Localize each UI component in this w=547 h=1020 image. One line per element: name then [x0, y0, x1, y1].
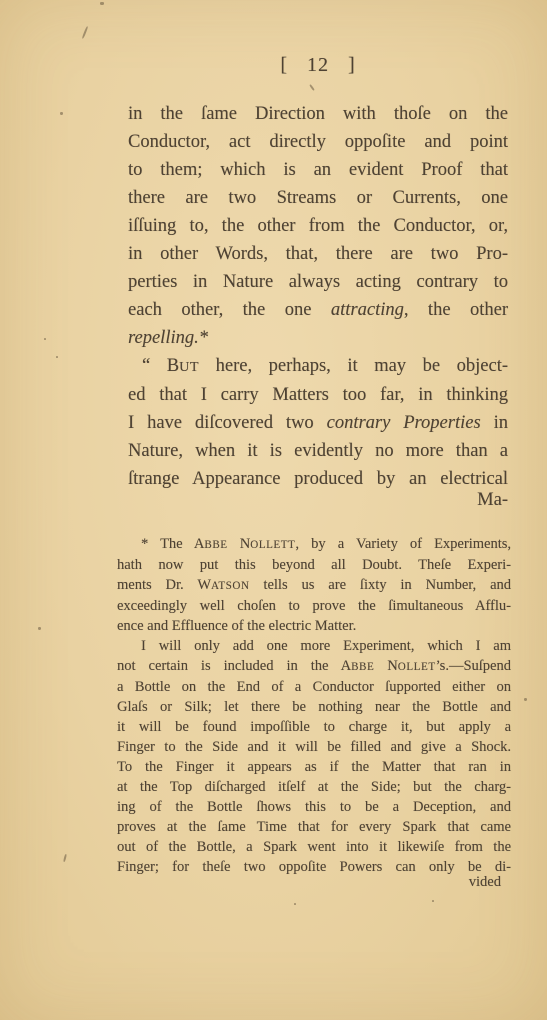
- text-line: ence and Effluence of the electric Matte…: [117, 616, 511, 636]
- scan-speck: [294, 903, 296, 905]
- text-line: Conductor, act directly oppoſite and poi…: [128, 128, 508, 156]
- text-line: hath now put this beyond all Doubt. Theſ…: [117, 555, 511, 575]
- text-line: To the Finger it appears as if the Matte…: [117, 757, 511, 777]
- scan-speck: [100, 2, 104, 5]
- text-line: in the ſame Direction with thoſe on the: [128, 100, 508, 128]
- scan-speck: [60, 112, 63, 115]
- catchword-main: Ma-: [128, 490, 508, 511]
- text-line: proves at the ſame Time that for every S…: [117, 817, 511, 837]
- main-text: in the ſame Direction with thoſe on theC…: [128, 100, 508, 493]
- scan-speck: [38, 627, 41, 630]
- text-line: there are two Streams or Currents, one: [128, 184, 508, 212]
- text-line: ed that I carry Matters too far, in thin…: [128, 381, 508, 409]
- text-line: Nature, when it is evidently no more tha…: [128, 437, 508, 465]
- scan-speck: [432, 900, 434, 902]
- scan-speck: [82, 26, 89, 39]
- text-line: each other, the one attracting, the othe…: [128, 296, 508, 324]
- scan-speck: [44, 338, 46, 340]
- text-line: a Bottle on the End of a Conductor ſuppo…: [117, 677, 511, 697]
- text-line: to them; which is an evident Proof that: [128, 156, 508, 184]
- text-line: I will only add one more Experiment, whi…: [117, 636, 511, 656]
- text-line: exceedingly well choſen to prove the ſim…: [117, 596, 511, 616]
- text-line: Glaſs or Silk; let there be nothing near…: [117, 697, 511, 717]
- paragraph: * The ABBE NOLLETT, by a Variety of Expe…: [117, 534, 511, 636]
- catchword-footnote: vided: [117, 874, 501, 891]
- text-line: ing of the Bottle ſhows this to be a Dec…: [117, 797, 511, 817]
- paragraph: in the ſame Direction with thoſe on theC…: [128, 100, 508, 352]
- scan-speck: [524, 698, 527, 701]
- text-line: repelling.*: [128, 324, 508, 352]
- text-line: Finger to the Side and it will be filled…: [117, 737, 511, 757]
- page-number-header: [ 12 ]: [128, 54, 508, 77]
- text-line: ments Dr. WATSON tells us are ſixty in N…: [117, 575, 511, 596]
- paragraph: I will only add one more Experiment, whi…: [117, 636, 511, 877]
- text-line: at the Top diſcharged itſelf at the Side…: [117, 777, 511, 797]
- text-line: in other Words, that, there are two Pro-: [128, 240, 508, 268]
- text-line: out of the Bottle, a Spark went into it …: [117, 837, 511, 857]
- text-line: * The ABBE NOLLETT, by a Variety of Expe…: [117, 534, 511, 555]
- scan-speck: [56, 356, 58, 358]
- text-line: ſtrange Appearance produced by an electr…: [128, 465, 508, 493]
- book-page: [ 12 ] in the ſame Direction with thoſe …: [0, 0, 547, 1020]
- text-line: “ BUT here, perhaps, it may be object-: [128, 352, 508, 381]
- text-line: iſſuing to, the other from the Conductor…: [128, 212, 508, 240]
- text-line: it will be found impoſſible to charge it…: [117, 717, 511, 737]
- paragraph: “ BUT here, perhaps, it may be object-ed…: [128, 352, 508, 493]
- scan-speck: [309, 84, 315, 91]
- text-line: not certain is included in the ABBE NOLL…: [117, 656, 511, 677]
- scan-speck: [63, 854, 67, 862]
- text-line: perties in Nature always acting contrary…: [128, 268, 508, 296]
- text-line: I have diſcovered two contrary Propertie…: [128, 409, 508, 437]
- footnote-text: * The ABBE NOLLETT, by a Variety of Expe…: [117, 534, 511, 877]
